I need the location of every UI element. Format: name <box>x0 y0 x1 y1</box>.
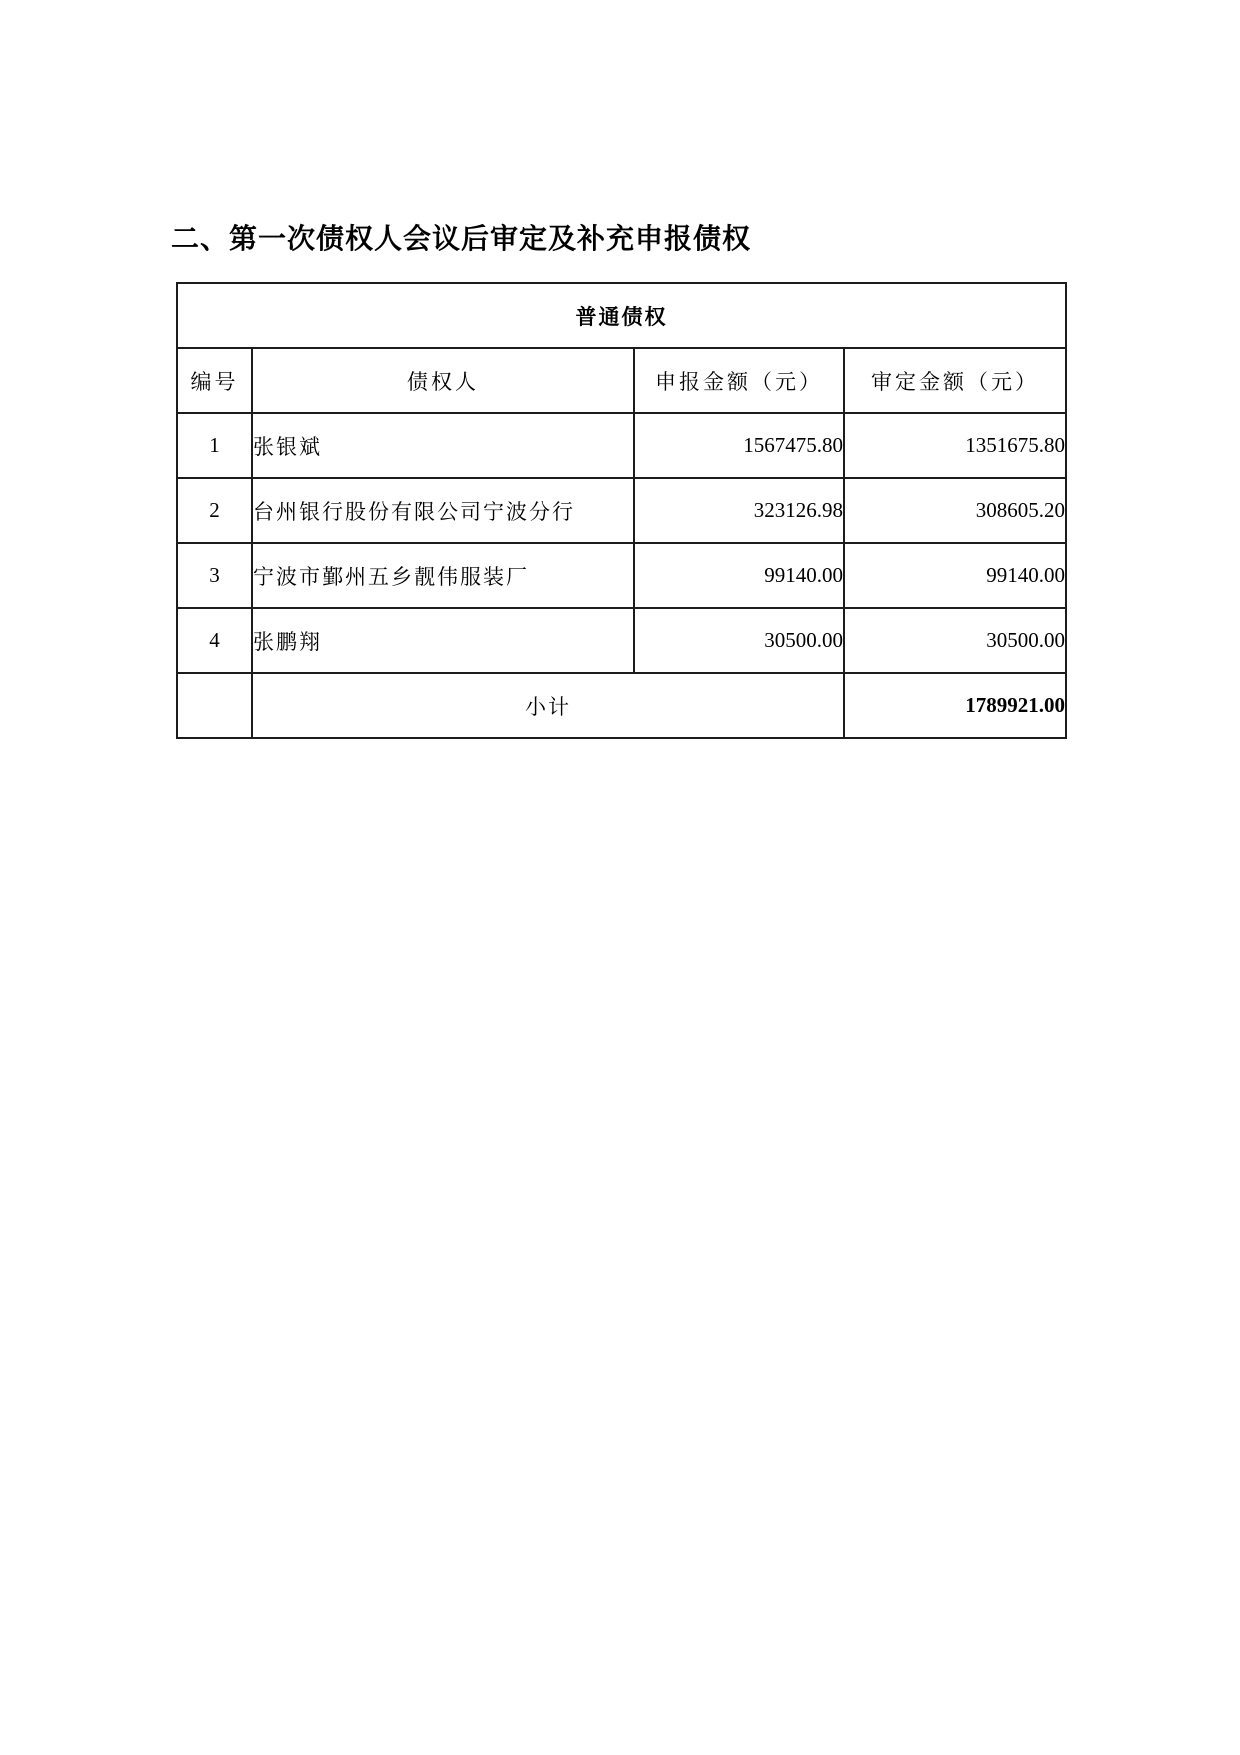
column-header-row: 编号 债权人 申报金额（元） 审定金额（元） <box>177 348 1066 413</box>
subtotal-label: 小计 <box>252 673 844 738</box>
document-page: 二、第一次债权人会议后审定及补充申报债权 普通债权 编号 债权人 申报金额（元）… <box>0 0 1240 1755</box>
table-row: 4 张鹏翔 30500.00 30500.00 <box>177 608 1066 673</box>
row-declared-amount: 30500.00 <box>634 608 844 673</box>
column-header-declared-amount: 申报金额（元） <box>634 348 844 413</box>
section-title: 二、第一次债权人会议后审定及补充申报债权 <box>171 221 751 259</box>
row-approved-amount: 1351675.80 <box>844 413 1066 478</box>
row-no: 3 <box>177 543 252 608</box>
row-creditor: 台州银行股份有限公司宁波分行 <box>252 478 634 543</box>
subtotal-row: 小计 1789921.00 <box>177 673 1066 738</box>
row-creditor: 宁波市鄞州五乡靓伟服装厂 <box>252 543 634 608</box>
subtotal-empty-cell <box>177 673 252 738</box>
table-row: 2 台州银行股份有限公司宁波分行 323126.98 308605.20 <box>177 478 1066 543</box>
row-declared-amount: 323126.98 <box>634 478 844 543</box>
claims-table: 普通债权 编号 债权人 申报金额（元） 审定金额（元） 1 张银斌 156747… <box>176 282 1067 739</box>
subtotal-approved-amount: 1789921.00 <box>844 673 1066 738</box>
row-declared-amount: 99140.00 <box>634 543 844 608</box>
row-no: 1 <box>177 413 252 478</box>
row-approved-amount: 308605.20 <box>844 478 1066 543</box>
table-row: 1 张银斌 1567475.80 1351675.80 <box>177 413 1066 478</box>
row-creditor: 张银斌 <box>252 413 634 478</box>
column-header-approved-amount: 审定金额（元） <box>844 348 1066 413</box>
row-no: 4 <box>177 608 252 673</box>
row-creditor: 张鹏翔 <box>252 608 634 673</box>
table-row: 3 宁波市鄞州五乡靓伟服装厂 99140.00 99140.00 <box>177 543 1066 608</box>
row-approved-amount: 30500.00 <box>844 608 1066 673</box>
group-header-row: 普通债权 <box>177 283 1066 348</box>
row-approved-amount: 99140.00 <box>844 543 1066 608</box>
row-declared-amount: 1567475.80 <box>634 413 844 478</box>
group-header-cell: 普通债权 <box>177 283 1066 348</box>
column-header-no: 编号 <box>177 348 252 413</box>
row-no: 2 <box>177 478 252 543</box>
column-header-creditor: 债权人 <box>252 348 634 413</box>
